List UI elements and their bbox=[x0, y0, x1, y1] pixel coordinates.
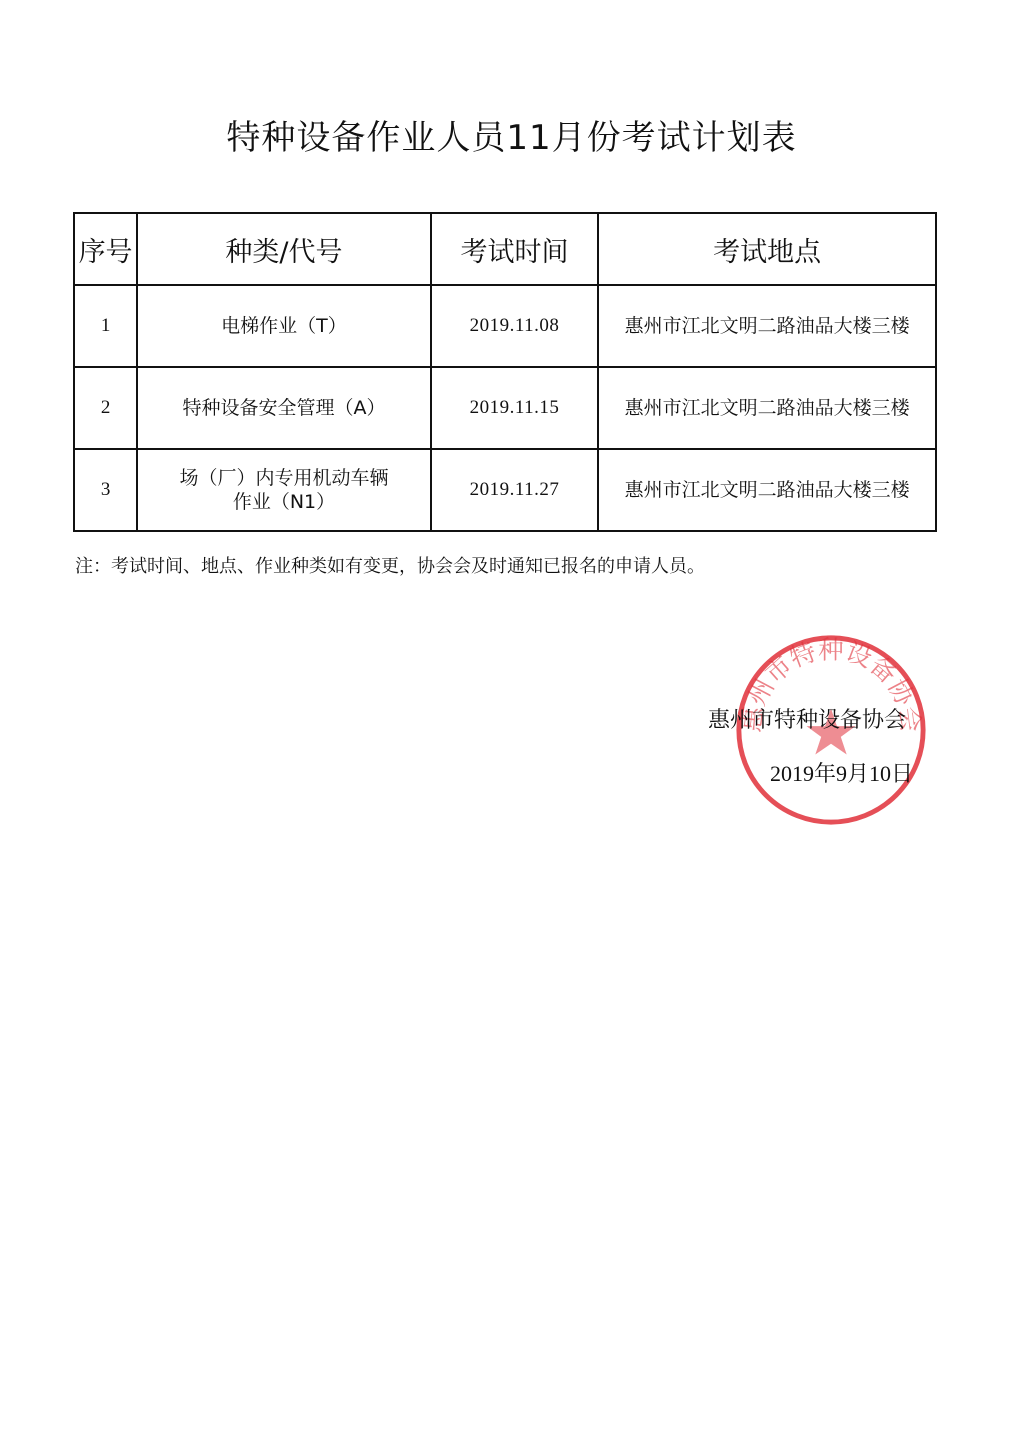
row-type: 特种设备安全管理（A） bbox=[137, 367, 431, 449]
row-no: 1 bbox=[74, 285, 137, 367]
header-date: 考试时间 bbox=[431, 213, 598, 285]
signature-organization: 惠州市特种设备协会 bbox=[708, 703, 906, 734]
row-type: 场（厂）内专用机动车辆 作业（N1） bbox=[137, 449, 431, 531]
row-location: 惠州市江北文明二路油品大楼三楼 bbox=[598, 449, 936, 531]
row-no: 3 bbox=[74, 449, 137, 531]
row-type: 电梯作业（T） bbox=[137, 285, 431, 367]
header-no: 序号 bbox=[74, 213, 137, 285]
row-type-line1: 场（厂）内专用机动车辆 bbox=[138, 466, 430, 490]
row-date: 2019.11.08 bbox=[431, 285, 598, 367]
document-title: 特种设备作业人员11月份考试计划表 bbox=[0, 110, 1023, 159]
header-location: 考试地点 bbox=[598, 213, 936, 285]
signature-date: 2019年9月10日 bbox=[770, 757, 913, 788]
table-row: 1 电梯作业（T） 2019.11.08 惠州市江北文明二路油品大楼三楼 bbox=[74, 285, 936, 367]
row-date: 2019.11.27 bbox=[431, 449, 598, 531]
row-type-line2: 作业（N1） bbox=[138, 490, 430, 514]
footnote: 注：考试时间、地点、作业种类如有变更，协会会及时通知已报名的申请人员。 bbox=[75, 552, 705, 578]
row-date: 2019.11.15 bbox=[431, 367, 598, 449]
table-row: 2 特种设备安全管理（A） 2019.11.15 惠州市江北文明二路油品大楼三楼 bbox=[74, 367, 936, 449]
row-location: 惠州市江北文明二路油品大楼三楼 bbox=[598, 285, 936, 367]
table-header-row: 序号 种类/代号 考试时间 考试地点 bbox=[74, 213, 936, 285]
row-location: 惠州市江北文明二路油品大楼三楼 bbox=[598, 367, 936, 449]
row-no: 2 bbox=[74, 367, 137, 449]
header-type: 种类/代号 bbox=[137, 213, 431, 285]
table-row: 3 场（厂）内专用机动车辆 作业（N1） 2019.11.27 惠州市江北文明二… bbox=[74, 449, 936, 531]
exam-schedule-table: 序号 种类/代号 考试时间 考试地点 1 电梯作业（T） 2019.11.08 … bbox=[73, 212, 937, 532]
